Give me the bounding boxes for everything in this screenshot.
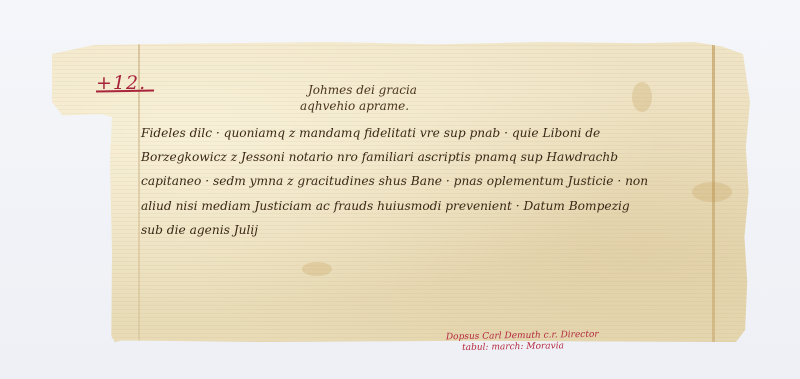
body-line: aliud nisi mediam Justiciam ac frauds hu… [141,194,681,218]
stain [302,262,332,276]
annotation-line: tabul: march: Moravia [446,341,599,355]
letter-body: Fideles dilc · quoniamq z mandamq fideli… [141,121,681,242]
heading-line: Johmes dei gracia [300,82,417,98]
heading-line: aqhvehio aprame. [300,98,417,114]
photo-stage: +12. Johmes dei gracia aqhvehio aprame. … [0,0,800,379]
body-line: Borzegkowicz z Jessoni notario nro famil… [141,145,681,169]
body-line: sub die agenis Julij [141,218,681,242]
body-line: Fideles dilc · quoniamq z mandamq fideli… [141,121,681,145]
letter-heading: Johmes dei gracia aqhvehio aprame. [300,82,417,114]
body-line: capitaneo · sedm ymna z gracitudines shu… [141,169,681,193]
archival-annotation: Dopsus Carl Demuth c.r. Director tabul: … [446,330,599,355]
stain [82,292,106,316]
stain [632,82,652,112]
stain [692,182,732,202]
